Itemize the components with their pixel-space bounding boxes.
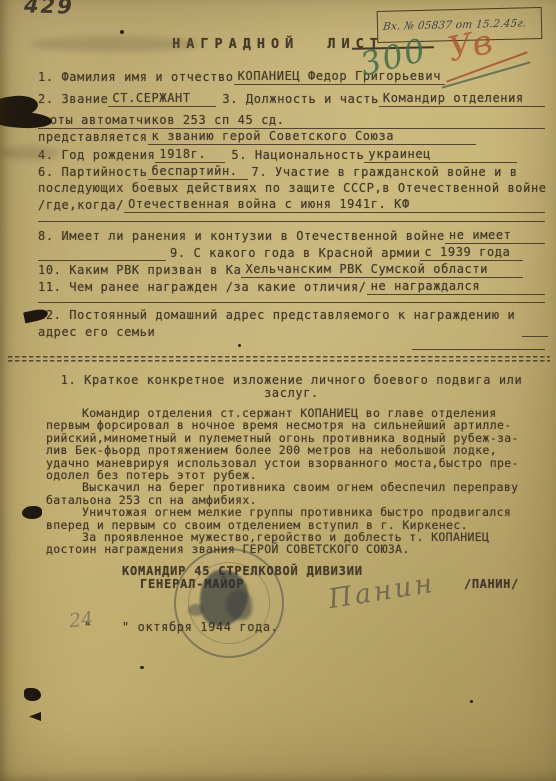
field-nationality-label: 5. Национальность (225, 148, 364, 163)
paper-smudge (0, 146, 60, 160)
page-number-handwritten: 429 (24, 0, 74, 19)
field-address-label: 12. Постоянный домашний адрес представля… (38, 308, 515, 322)
field-nationality-value: украинец (364, 147, 517, 163)
field-unit-label: 3. Должность и часть (216, 92, 379, 107)
field-address-label2: адрес его семьи (38, 325, 155, 339)
field-party-value: беспартийн. (148, 164, 248, 180)
equals-divider (8, 356, 550, 362)
section-heading-line1: 1. Краткое конкретное изложение личного … (38, 373, 545, 387)
field-party-war: 6. Партийность беспартийн. 7. Участие в … (38, 164, 545, 180)
blank-underline (38, 260, 166, 261)
field-army-since: 9. С какого года в Красной армии с 1939 … (38, 245, 545, 261)
field-armysince-value: с 1939 года (420, 245, 523, 261)
ink-blot (29, 712, 41, 721)
field-draftedby-label: 10. Каким РВК призван в Ка (38, 263, 241, 278)
signature-name-typed: /ПАНИН/ (464, 577, 519, 591)
date-close-quote: " (122, 620, 130, 635)
field-nominated-value: к званию герой Советского Союза (148, 129, 476, 145)
section-heading-line2: заслуг. (38, 386, 545, 400)
field-nominated-label: представляется (38, 130, 148, 145)
field-war-label-continued: последующих боевых действиях по защите С… (38, 181, 547, 195)
ink-speck (238, 344, 241, 347)
field-drafted-by: 10. Каким РВК призван в Ка Хельчанским Р… (38, 262, 545, 278)
citation-line: Выскачил на берег противника своим огнем… (46, 481, 548, 493)
award-sheet-document: 429 Вх. № 05837 от 15.2.45г. НАГРАДНОЙ Л… (0, 0, 556, 781)
field-armysince-label: 9. С какого года в Красной армии (166, 246, 420, 261)
field-rank-value: СТ.СЕРЖАНТ (108, 91, 216, 107)
citation-line: Уничтожая огнем мелкие группы противника… (46, 506, 548, 518)
field-priorawards-label: 11. Чем ранее награжден /за какие отличи… (38, 280, 367, 295)
form-rule-line (38, 221, 545, 222)
red-pencil-mark: Ув (444, 22, 496, 70)
field-birth-nationality: 4. Год рождения 1918г. 5. Национальность… (38, 147, 545, 163)
field-nominated-for: представляется к званию герой Советского… (38, 129, 545, 145)
field-name-label: 1. Фамилия имя и отчество (38, 70, 234, 85)
field-unit-value: Командир отделения (379, 91, 545, 107)
field-unit-value2: роты автоматчиков 253 сп 45 сд. (38, 113, 545, 129)
field-party-label: 6. Партийность (38, 165, 148, 180)
citation-line: первым форсировал в ночное время несмотр… (46, 419, 548, 431)
citation-body: Командир отделения ст.сержант КОПАНИЕЦ в… (46, 407, 548, 556)
field-wounds: 8. Имеет ли ранения и контузии в Отечест… (38, 228, 545, 244)
ink-speck (470, 700, 473, 703)
citation-line: лив Бек-фьорд протяжением более 200 метр… (46, 444, 548, 456)
date-day-handwritten: 24 (68, 608, 94, 632)
ink-blot (24, 688, 41, 701)
field-draftedby-value: Хельчанским РВК Сумской области (241, 262, 523, 278)
seal-ink-fleck (188, 604, 204, 616)
form-rule-line (38, 302, 545, 303)
short-rule-line (412, 349, 545, 350)
field-rank-and-unit: 2. Звание СТ.СЕРЖАНТ 3. Должность и част… (38, 91, 545, 107)
ink-blot (22, 506, 42, 519)
field-wounds-value: не имеет (445, 228, 545, 244)
field-wounds-label: 8. Имеет ли ранения и контузии в Отечест… (38, 229, 445, 244)
field-war-label: 7. Участие в гражданской войне и в (248, 165, 518, 180)
field-rank-label: 2. Звание (38, 92, 108, 107)
address-dash (522, 336, 548, 337)
round-seal-stamp (174, 548, 284, 658)
citation-line: достоин награждения звания ГЕРОЙ СОВЕТСК… (46, 543, 548, 555)
field-wherewhen-value: Отечественная война с июня 1941г. КФ (124, 197, 545, 213)
field-wherewhen-label: /где,когда/ (38, 198, 124, 213)
seal-ink-blob (226, 590, 252, 620)
ink-speck (120, 30, 124, 34)
ink-speck (140, 666, 144, 669)
field-priorawards-value: не награждался (367, 279, 545, 295)
field-unit-continued: роты автоматчиков 253 сп 45 сд. (38, 113, 545, 129)
field-prior-awards: 11. Чем ранее награжден /за какие отличи… (38, 279, 545, 295)
field-where-when: /где,когда/ Отечественная война с июня 1… (38, 197, 545, 213)
field-birthyear-value: 1918г. (155, 147, 225, 163)
ghost-stamp-smudge (30, 36, 200, 52)
